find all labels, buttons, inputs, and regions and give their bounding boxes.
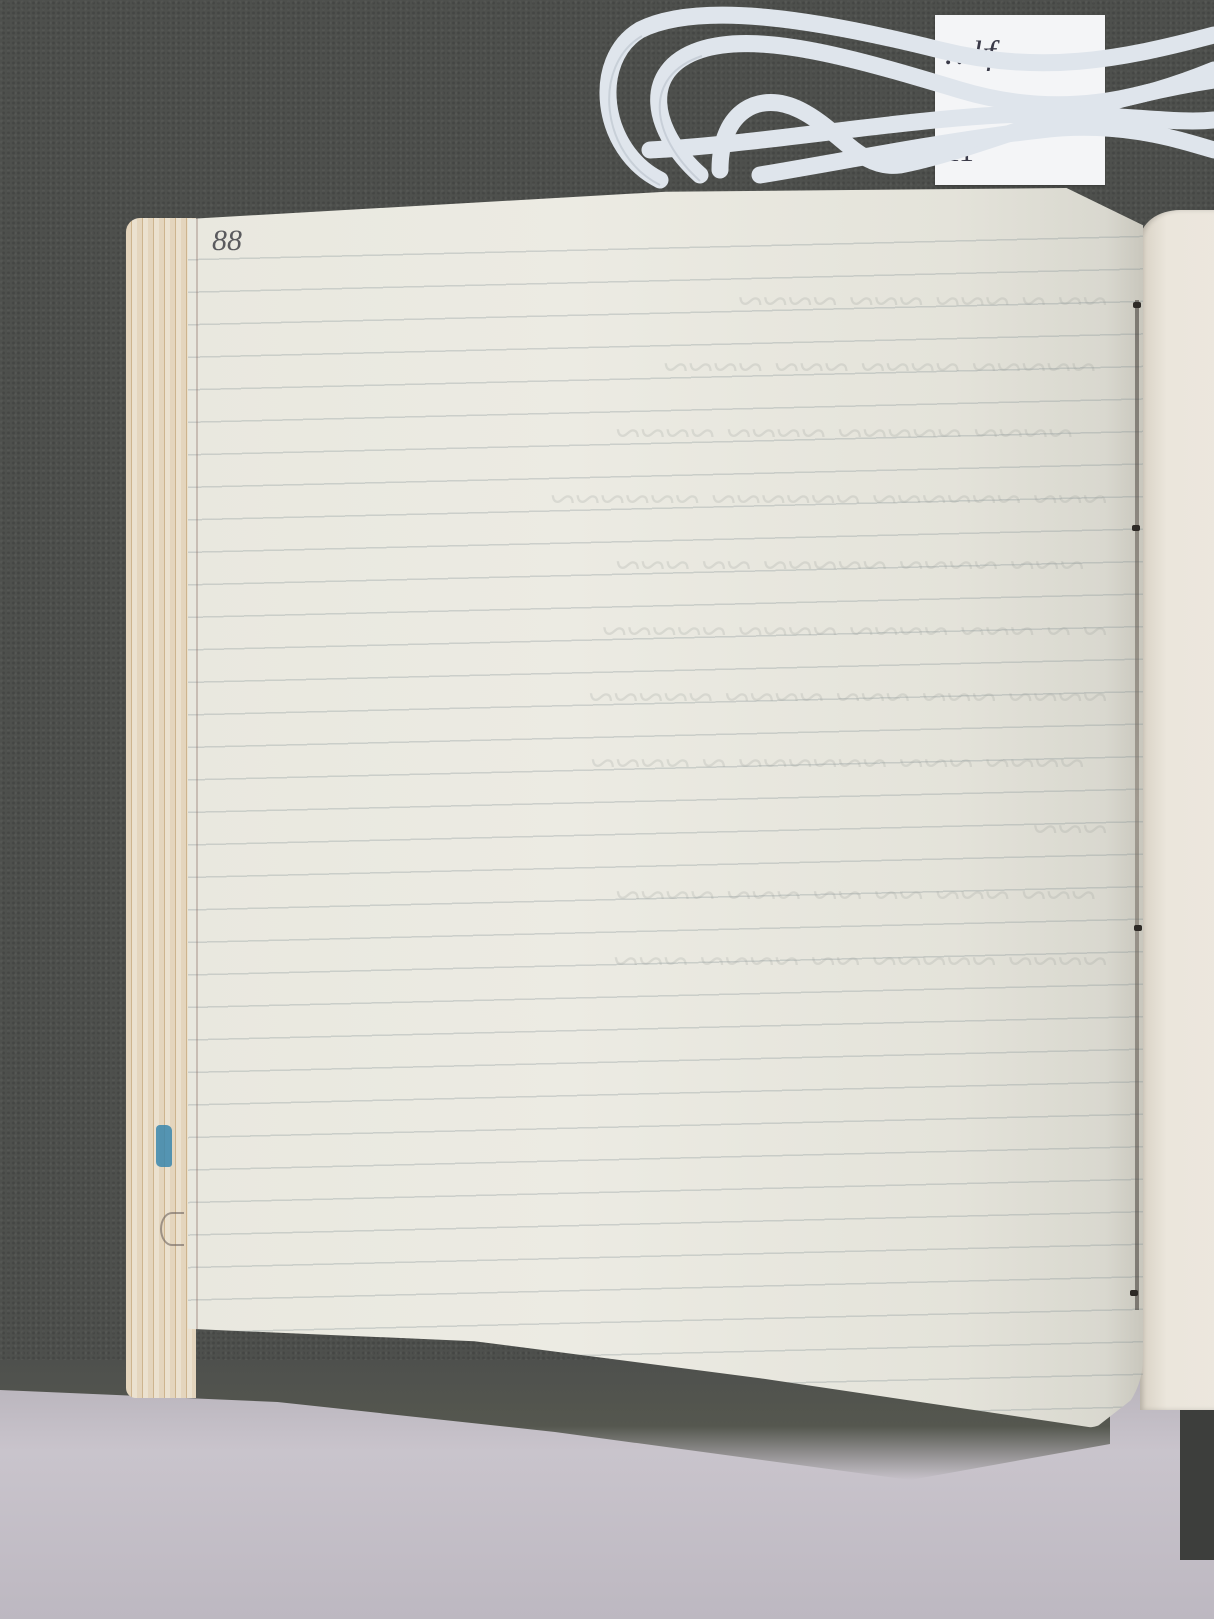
tag-text-top: …kf bbox=[945, 35, 994, 73]
pencil-mark bbox=[160, 1212, 184, 1246]
margin-line bbox=[196, 218, 198, 1458]
bleed-through-text: ~~ ~ ~~~ ~~~ ~~~~ ~~~~~ ~~~~ ~~~ ~~~~ ~~… bbox=[228, 268, 1108, 968]
binding-stitch bbox=[1130, 1290, 1138, 1296]
binding-stitch bbox=[1134, 925, 1142, 931]
binding-stitch bbox=[1132, 525, 1140, 531]
blue-ink-mark bbox=[156, 1125, 172, 1167]
page-number: 88 bbox=[212, 224, 242, 258]
right-page-edge bbox=[1140, 210, 1214, 1410]
paper-tag: …kf 11 bbox=[935, 15, 1105, 185]
tag-text-bottom: 11 bbox=[945, 135, 974, 169]
binding-spine bbox=[1135, 300, 1139, 1310]
notebook-page: 88 ~~ ~ ~~~ ~~~ ~~~~ ~~~~~ ~~~~ ~~~ ~~~~… bbox=[188, 188, 1143, 1428]
binding-stitch bbox=[1133, 302, 1141, 308]
